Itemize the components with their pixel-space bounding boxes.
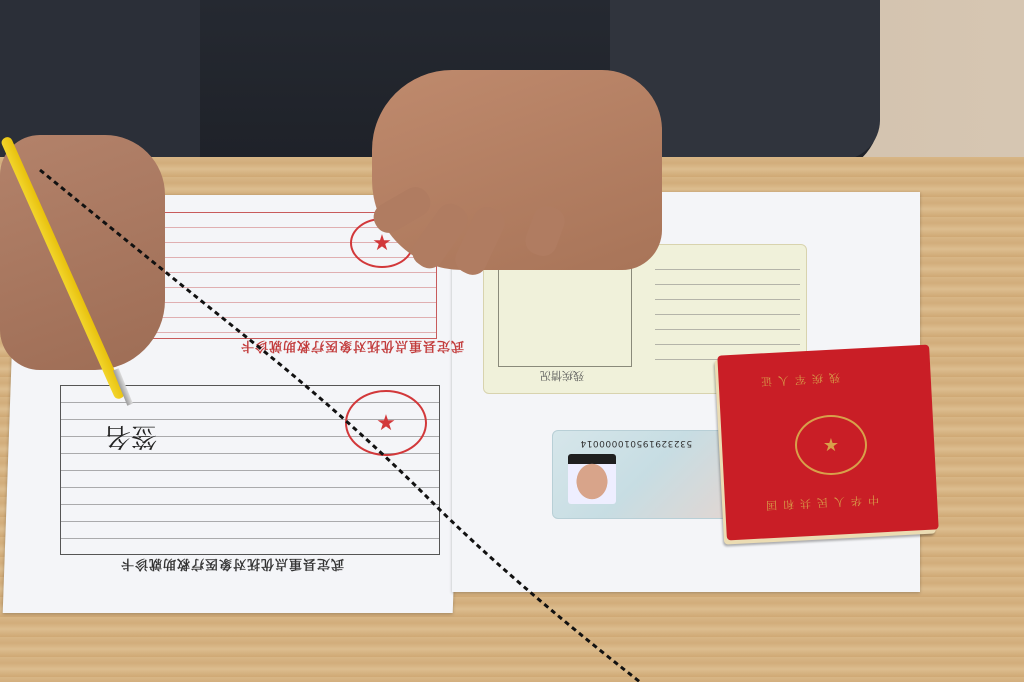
coiled-phone-cord: [0, 0, 1024, 682]
